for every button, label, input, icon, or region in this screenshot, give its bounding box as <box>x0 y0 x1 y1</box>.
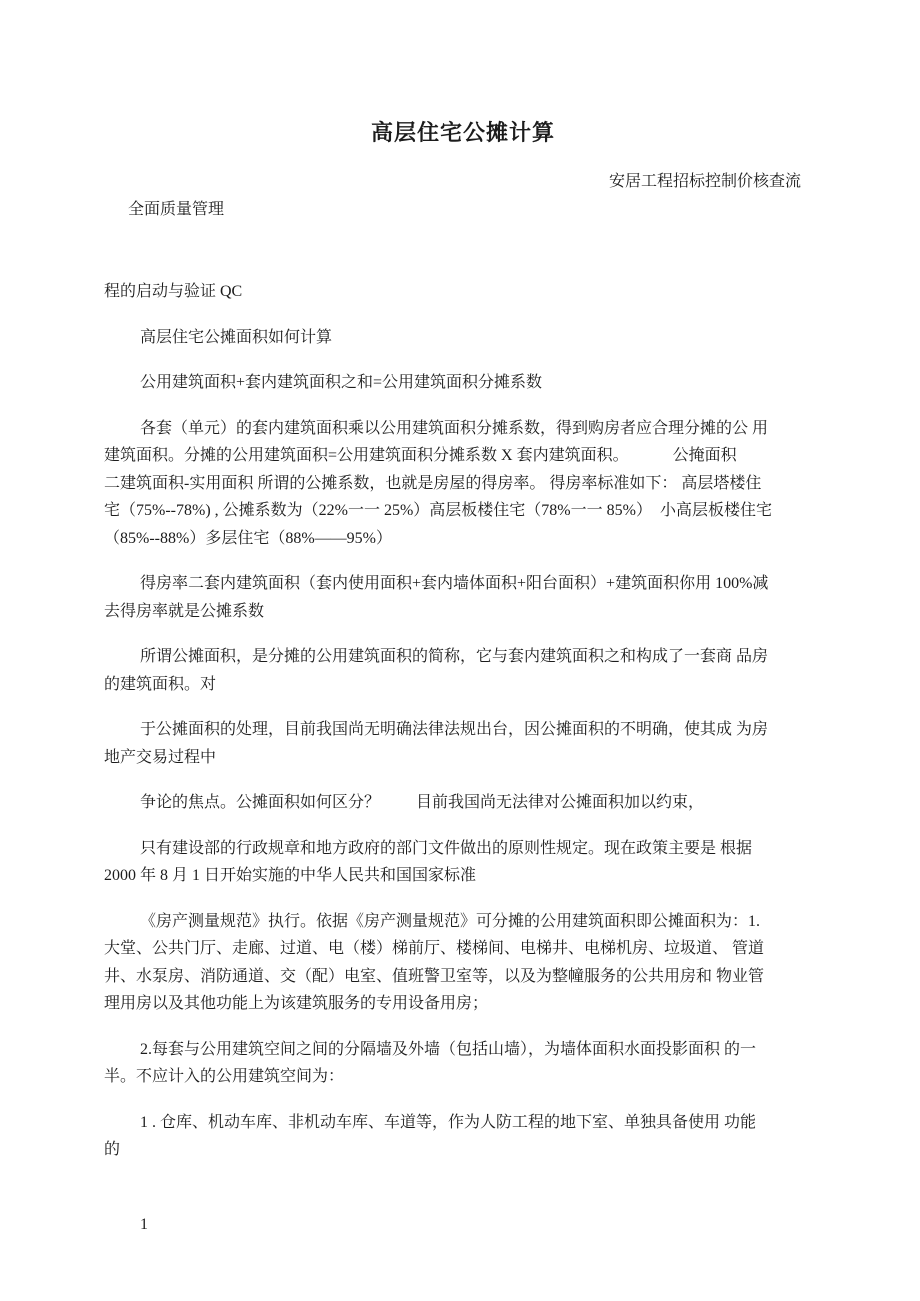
text-line: 的建筑面积。对 <box>104 671 822 699</box>
text-line: 半。不应计入的公用建筑空间为： <box>104 1063 822 1091</box>
text-line: 得房率二套内建筑面积（套内使用面积+套内墙体面积+阳台面积）+建筑面积你用 10… <box>104 570 822 598</box>
text-line: 去得房率就是公摊系数 <box>104 598 822 626</box>
text-line: 理用房以及其他功能上为该建筑服务的专用设备用房； <box>104 990 822 1018</box>
header-line: 全面质量管理 安居工程招标控制价核查流 <box>104 168 822 278</box>
paragraphs: 高层住宅公摊面积如何计算公用建筑面积+套内建筑面积之和=公用建筑面积分摊系数各套… <box>104 324 822 1164</box>
text-line: 争论的焦点。公摊面积如何区分？ 目前我国尚无法律对公摊面积加以约束， <box>104 789 822 817</box>
text-line: 宅（75%--78%) , 公摊系数为（22%一一 25%）高层板楼住宅（78%… <box>104 497 822 525</box>
paragraph: 《房产测量规范》执行。依据《房产测量规范》可分摊的公用建筑面积即公摊面积为：1.… <box>104 908 822 1018</box>
header-paragraph: 全面质量管理 安居工程招标控制价核查流 程的启动与验证 QC <box>104 168 822 306</box>
paragraph: 得房率二套内建筑面积（套内使用面积+套内墙体面积+阳台面积）+建筑面积你用 10… <box>104 570 822 625</box>
paragraph: 2.每套与公用建筑空间之间的分隔墙及外墙（包括山墙），为墙体面积水面投影面积 的… <box>104 1036 822 1091</box>
paragraph: 争论的焦点。公摊面积如何区分？ 目前我国尚无法律对公摊面积加以约束， <box>104 789 822 817</box>
text-line: 各套（单元）的套内建筑面积乘以公用建筑面积分摊系数，得到购房者应合理分摊的公 用 <box>104 415 822 443</box>
text-line: 公用建筑面积+套内建筑面积之和=公用建筑面积分摊系数 <box>104 369 822 397</box>
text-line: 二建筑面积-实用面积 所谓的公摊系数，也就是房屋的得房率。 得房率标准如下： 高… <box>104 470 822 498</box>
page-title: 高层住宅公摊计算 <box>104 118 822 148</box>
page-number: 1 <box>104 1211 822 1239</box>
paragraph: 各套（单元）的套内建筑面积乘以公用建筑面积分摊系数，得到购房者应合理分摊的公 用… <box>104 415 822 553</box>
text-line: 所谓公摊面积，是分摊的公用建筑面积的简称，它与套内建筑面积之和构成了一套商 品房 <box>104 643 822 671</box>
header-left-text: 全面质量管理 <box>128 201 224 218</box>
document-page: 高层住宅公摊计算 全面质量管理 安居工程招标控制价核查流 程的启动与验证 QC … <box>0 0 920 1301</box>
paragraph: 只有建设部的行政规章和地方政府的部门文件做出的原则性规定。现在政策主要是 根据2… <box>104 835 822 890</box>
text-line: 高层住宅公摊面积如何计算 <box>104 324 822 352</box>
text-line: 建筑面积。分摊的公用建筑面积=公用建筑面积分摊系数 X 套内建筑面积。 公掩面积 <box>104 442 822 470</box>
text-line: 2.每套与公用建筑空间之间的分隔墙及外墙（包括山墙），为墙体面积水面投影面积 的… <box>104 1036 822 1064</box>
paragraph: 于公摊面积的处理，目前我国尚无明确法律法规出台，因公摊面积的不明确，使其成 为房… <box>104 716 822 771</box>
header-right-text: 安居工程招标控制价核查流 <box>573 168 801 196</box>
paragraph: 所谓公摊面积，是分摊的公用建筑面积的简称，它与套内建筑面积之和构成了一套商 品房… <box>104 643 822 698</box>
text-line: 的 <box>104 1136 822 1164</box>
text-line: （85%--88%）多层住宅（88%——95%） <box>104 525 822 553</box>
paragraph: 高层住宅公摊面积如何计算 <box>104 324 822 352</box>
text-line: 《房产测量规范》执行。依据《房产测量规范》可分摊的公用建筑面积即公摊面积为：1. <box>104 908 822 936</box>
text-line: 2000 年 8 月 1 日开始实施的中华人民共和国国家标准 <box>104 862 822 890</box>
paragraph: 1 . 仓库、机动车库、非机动车库、车道等，作为人防工程的地下室、单独具备使用 … <box>104 1109 822 1164</box>
text-line: 井、水泵房、消防通道、交（配）电室、值班警卫室等，以及为整幢服务的公共用房和 物… <box>104 963 822 991</box>
text-line: 于公摊面积的处理，目前我国尚无明确法律法规出台，因公摊面积的不明确，使其成 为房 <box>104 716 822 744</box>
header-continuation-line: 程的启动与验证 QC <box>104 278 822 306</box>
text-line: 地产交易过程中 <box>104 744 822 772</box>
text-line: 只有建设部的行政规章和地方政府的部门文件做出的原则性规定。现在政策主要是 根据 <box>104 835 822 863</box>
text-line: 大堂、公共门厅、走廊、过道、电（楼）梯前厅、楼梯间、电梯井、电梯机房、垃圾道、 … <box>104 935 822 963</box>
text-line: 1 . 仓库、机动车库、非机动车库、车道等，作为人防工程的地下室、单独具备使用 … <box>104 1109 822 1137</box>
paragraph: 公用建筑面积+套内建筑面积之和=公用建筑面积分摊系数 <box>104 369 822 397</box>
